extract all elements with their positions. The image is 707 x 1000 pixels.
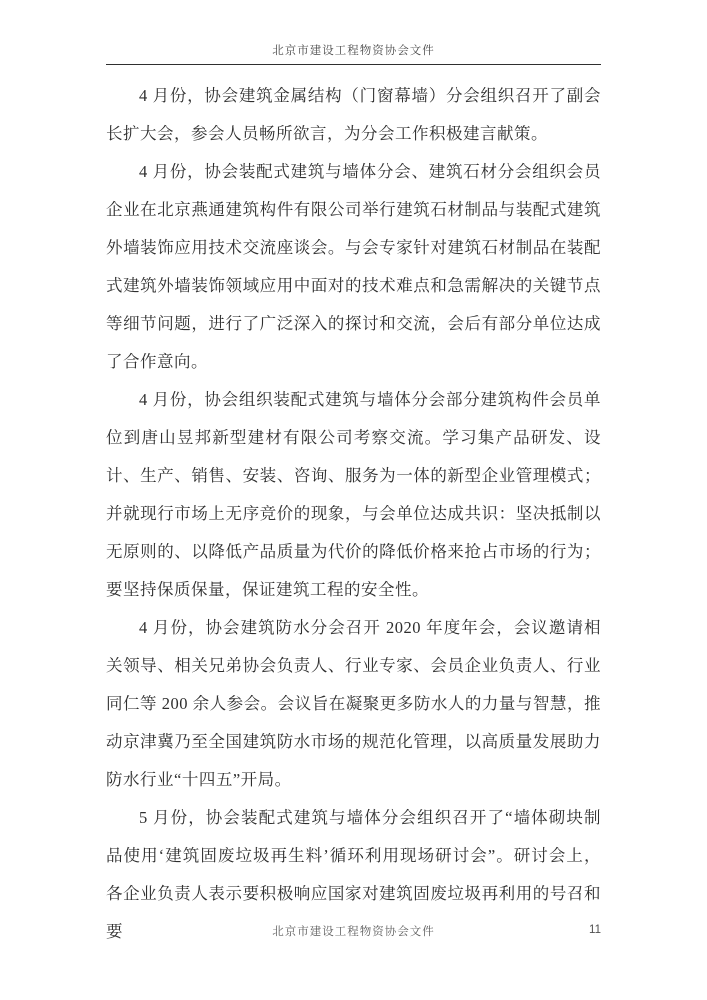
document-body: 4 月份，协会建筑金属结构（门窗幕墙）分会组织召开了副会长扩大会，参会人员畅所欲… [106, 77, 601, 951]
footer-title: 北京市建设工程物资协会文件 [106, 923, 601, 939]
page-header: 北京市建设工程物资协会文件 [106, 42, 601, 65]
body-paragraph: 4 月份，协会组织装配式建筑与墙体分会部分建筑构件会员单位到唐山昱邦新型建材有限… [106, 381, 601, 609]
body-paragraph: 4 月份，协会装配式建筑与墙体分会、建筑石材分会组织会员企业在北京燕通建筑构件有… [106, 153, 601, 381]
body-paragraph: 4 月份，协会建筑金属结构（门窗幕墙）分会组织召开了副会长扩大会，参会人员畅所欲… [106, 77, 601, 153]
header-title: 北京市建设工程物资协会文件 [272, 45, 435, 57]
page-footer: 北京市建设工程物资协会文件 11 [106, 923, 601, 943]
document-page: 北京市建设工程物资协会文件 4 月份，协会建筑金属结构（门窗幕墙）分会组织召开了… [0, 0, 707, 1000]
page-number: 11 [589, 924, 601, 936]
body-paragraph: 4 月份，协会建筑防水分会召开 2020 年度年会，会议邀请相关领导、相关兄弟协… [106, 609, 601, 799]
